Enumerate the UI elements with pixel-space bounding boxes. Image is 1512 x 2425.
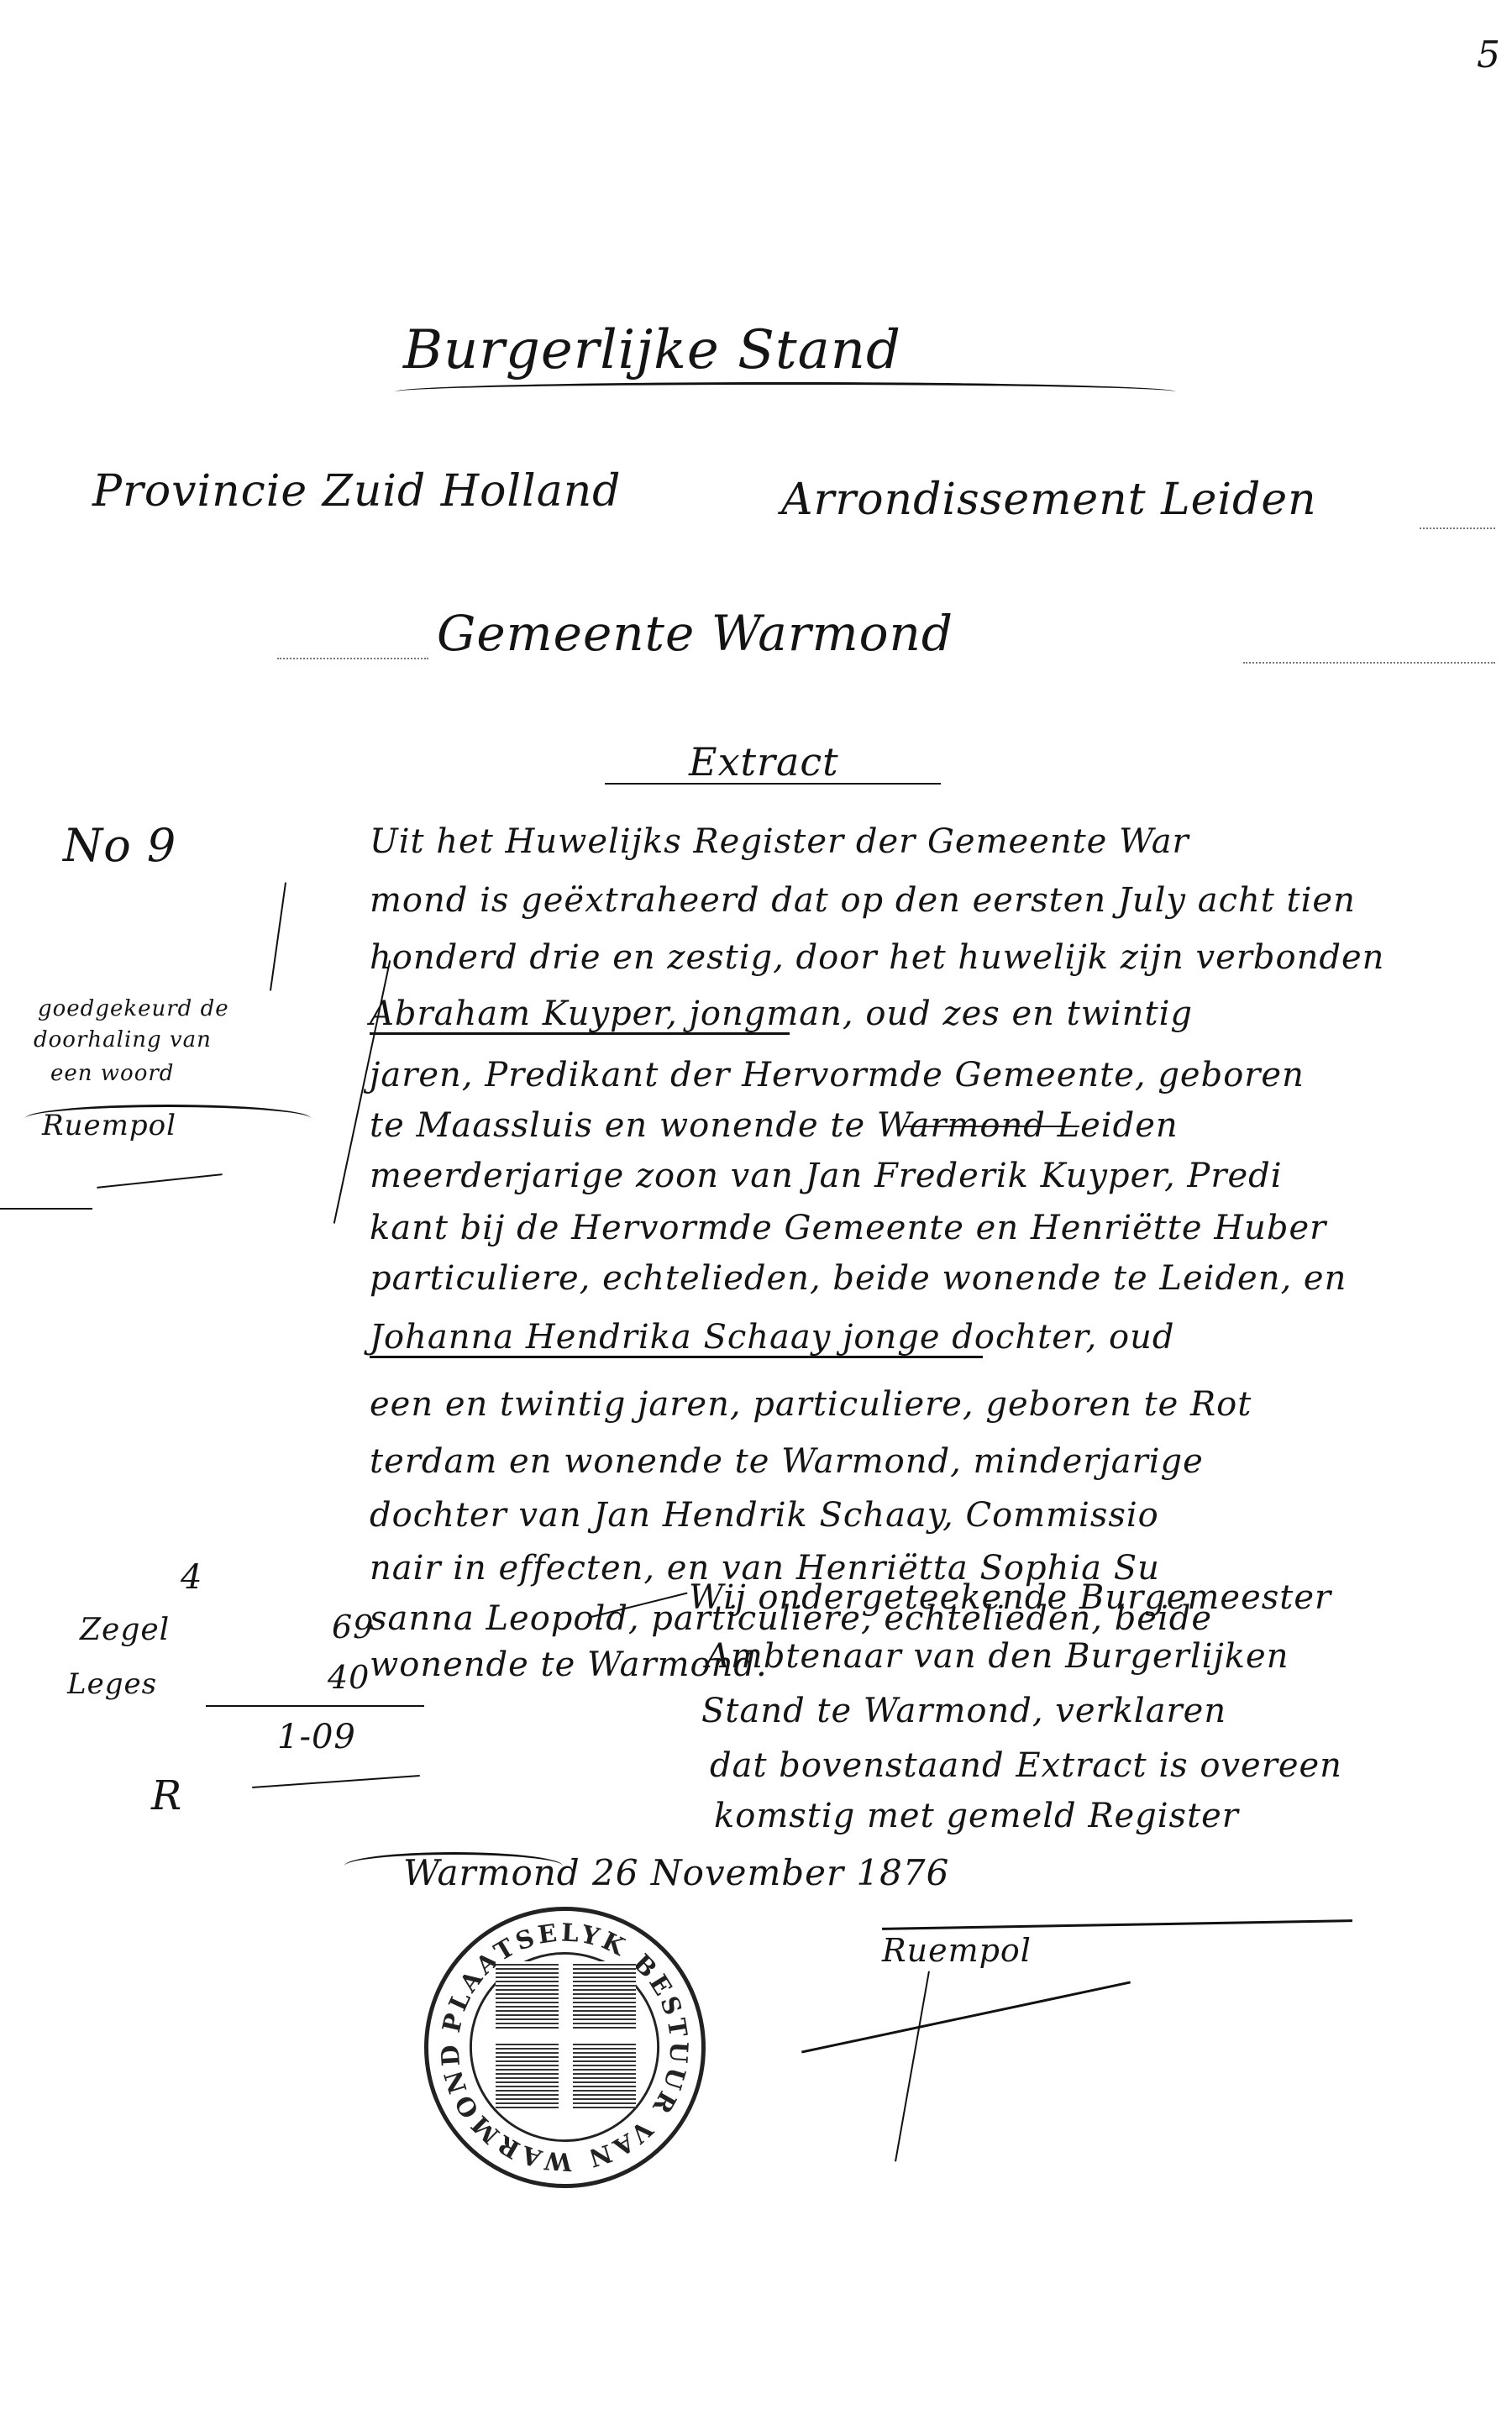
fees-total: 1-09	[277, 1718, 356, 1756]
signature-flourish	[25, 1105, 311, 1132]
fees-value-zegel: 69	[332, 1609, 374, 1646]
record-line-bride: Johanna Hendrika Schaay jonge dochter, o…	[370, 1319, 983, 1358]
extract-label: Extract	[689, 739, 839, 785]
seal-quadrant	[573, 2041, 636, 2108]
certification-line: komstig met gemeld Register	[714, 1798, 1239, 1834]
gemeente-label: Gemeente Warmond	[437, 605, 953, 662]
fees-initials: R	[151, 1772, 182, 1819]
record-line: honderd drie en zestig, door het huwelij…	[370, 939, 1384, 976]
record-line: een en twintig jaren, particuliere, gebo…	[370, 1386, 1252, 1423]
record-line: particuliere, echtelieden, beide wonende…	[370, 1260, 1347, 1297]
record-line: dochter van Jan Hendrik Schaay, Commissi…	[370, 1497, 1159, 1534]
record-line: jaren, Predikant der Hervormde Gemeente,…	[370, 1057, 1305, 1094]
title-flourish	[395, 382, 1176, 402]
signature-flourish-top	[882, 1919, 1352, 1930]
fees-label-leges: Leges	[67, 1667, 157, 1701]
number-stroke	[270, 882, 286, 990]
fees-sum-line	[206, 1705, 424, 1707]
signature-flourish-bottom	[801, 1981, 1131, 2053]
margin-flourish-line	[97, 1173, 222, 1189]
record-number: No 9	[63, 819, 176, 872]
dotted-leader	[277, 658, 428, 659]
record-line: meerderjarige zoon van Jan Frederik Kuyp…	[370, 1157, 1283, 1194]
document-page: 5 Burgerlijke Stand Provincie Zuid Holla…	[0, 0, 1512, 2425]
record-line: Uit het Huwelijks Register der Gemeente …	[370, 823, 1189, 860]
arrondissement-label: Arrondissement Leiden	[781, 475, 1317, 525]
official-signature: Ruempol	[882, 1932, 1032, 1969]
municipal-seal: PLAATSELYK BESTUUR VAN WARMOND	[424, 1907, 706, 2188]
margin-approval-line: goedgekeurd de	[38, 995, 229, 1022]
signature-stroke	[895, 1971, 930, 2162]
margin-approval-line: doorhaling van	[34, 1026, 212, 1053]
strikethrough-warmond	[903, 1126, 1079, 1127]
margin-dash-line	[0, 1208, 92, 1210]
record-line: mond is geëxtraheerd dat op den eersten …	[370, 882, 1356, 919]
province-label: Provincie Zuid Holland	[92, 466, 621, 517]
dotted-leader	[1420, 528, 1495, 529]
place-flourish	[344, 1852, 563, 1880]
extract-underline	[605, 783, 941, 785]
dotted-leader	[1243, 662, 1495, 664]
fees-label-zegel: Zegel	[80, 1613, 170, 1647]
record-line: terdam en wonende te Warmond, minderjari…	[370, 1443, 1204, 1480]
certification-line: Ambtenaar van den Burgerlijken	[706, 1638, 1289, 1675]
document-title: Burgerlijke Stand	[403, 319, 901, 381]
record-line: kant bij de Hervormde Gemeente en Henrië…	[370, 1210, 1326, 1247]
seal-quadrant	[496, 2041, 559, 2108]
certification-line: dat bovenstaand Extract is overeen	[710, 1747, 1342, 1784]
seal-quadrant	[496, 1961, 559, 2029]
page-number: 5	[1477, 34, 1501, 76]
certification-line: Stand te Warmond, verklaren	[701, 1693, 1226, 1730]
margin-approval-line: een woord	[50, 1060, 174, 1087]
certification-line: Wij ondergeteekende Burgemeester	[689, 1579, 1331, 1616]
fees-value-leges: 40	[328, 1659, 370, 1696]
fees-top-mark: 4	[181, 1558, 202, 1597]
record-line-groom: Abraham Kuyper, jongman, oud zes en twin…	[370, 995, 790, 1035]
fees-flourish	[252, 1775, 420, 1788]
seal-shield	[496, 1961, 638, 2113]
seal-quadrant	[573, 1961, 636, 2029]
